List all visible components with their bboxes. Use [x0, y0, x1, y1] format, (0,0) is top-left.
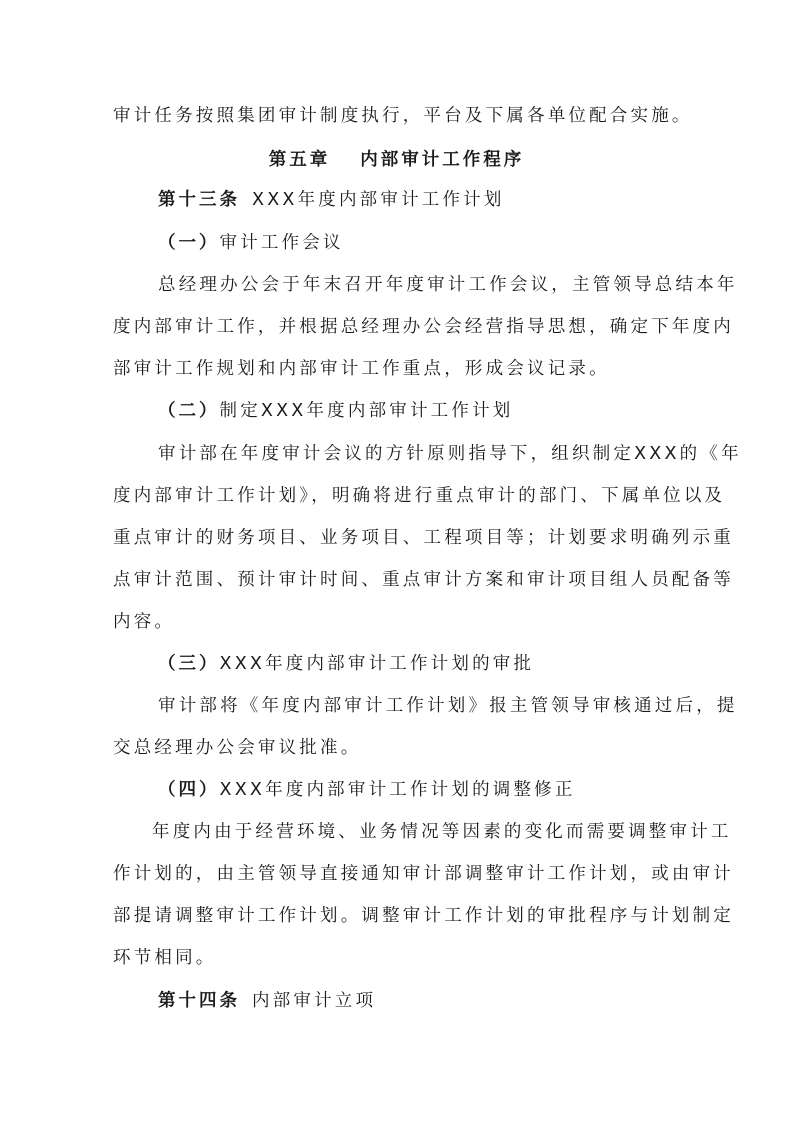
paragraph-line: 审计部将《年度内部审计工作计划》报主管领导审核通过后，提	[158, 694, 683, 718]
paragraph-line: 点审计范围、预计审计时间、重点审计方案和审计项目组人员配备等	[113, 568, 683, 592]
section-4-heading: （四）XXX年度内部审计工作计划的调整修正	[158, 778, 683, 802]
section-2-label: （二）	[158, 401, 220, 421]
article-13-heading: 第十三条XXX年度内部审计工作计划	[158, 188, 683, 212]
paragraph-line: 作计划的，由主管领导直接通知审计部调整审计工作计划，或由审计	[113, 862, 683, 886]
section-2-heading: （二）制定XXX年度内部审计工作计划	[158, 399, 683, 423]
section-4-title: XXX年度内部审计工作计划的调整修正	[220, 780, 576, 800]
article-14-label: 第十四条	[158, 991, 240, 1011]
article-13-label: 第十三条	[158, 190, 240, 210]
section-4-label: （四）	[158, 780, 220, 800]
document-page: 审计任务按照集团审计制度执行，平台及下属各单位配合实施。 第五章内部审计工作程序…	[0, 0, 793, 1122]
paragraph-line: 部审计工作规划和内部审计工作重点，形成会议记录。	[113, 357, 683, 381]
section-3-heading: （三）XXX年度内部审计工作计划的审批	[158, 652, 683, 676]
paragraph-line: 部提请调整审计工作计划。调整审计工作计划的审批程序与计划制定	[113, 904, 683, 928]
paragraph-line: 度内部审计工作，并根据总经理办公会经营指导思想，确定下年度内	[113, 315, 683, 339]
section-2-title: 制定XXX年度内部审计工作计划	[220, 401, 514, 421]
chapter-heading: 第五章内部审计工作程序	[0, 148, 793, 172]
paragraph-line: 年度内由于经营环境、业务情况等因素的变化而需要调整审计工	[152, 820, 683, 844]
paragraph-line: 审计部在年度审计会议的方针原则指导下，组织制定XXX的《年	[158, 442, 683, 466]
article-13-title: XXX年度内部审计工作计划	[252, 190, 505, 210]
article-14-title: 内部审计立项	[252, 991, 376, 1011]
section-1-heading: （一）审计工作会议	[158, 231, 683, 255]
paragraph-line: 内容。	[113, 610, 683, 634]
section-1-title: 审计工作会议	[220, 233, 344, 253]
chapter-number: 第五章	[269, 150, 331, 170]
section-1-label: （一）	[158, 233, 220, 253]
paragraph-line: 环节相同。	[113, 946, 683, 970]
paragraph-line: 总经理办公会于年末召开年度审计工作会议，主管领导总结本年	[158, 273, 683, 297]
paragraph-line: 度内部审计工作计划》，明确将进行重点审计的部门、下属单位以及	[113, 484, 683, 508]
section-3-label: （三）	[158, 654, 220, 674]
carryover-paragraph-line: 审计任务按照集团审计制度执行，平台及下属各单位配合实施。	[113, 104, 683, 128]
paragraph-line: 交总经理办公会审议批准。	[113, 736, 683, 760]
section-3-title: XXX年度内部审计工作计划的审批	[220, 654, 535, 674]
chapter-title: 内部审计工作程序	[360, 150, 524, 170]
paragraph-line: 重点审计的财务项目、业务项目、工程项目等；计划要求明确列示重	[113, 526, 683, 550]
article-14-heading: 第十四条内部审计立项	[158, 989, 683, 1013]
